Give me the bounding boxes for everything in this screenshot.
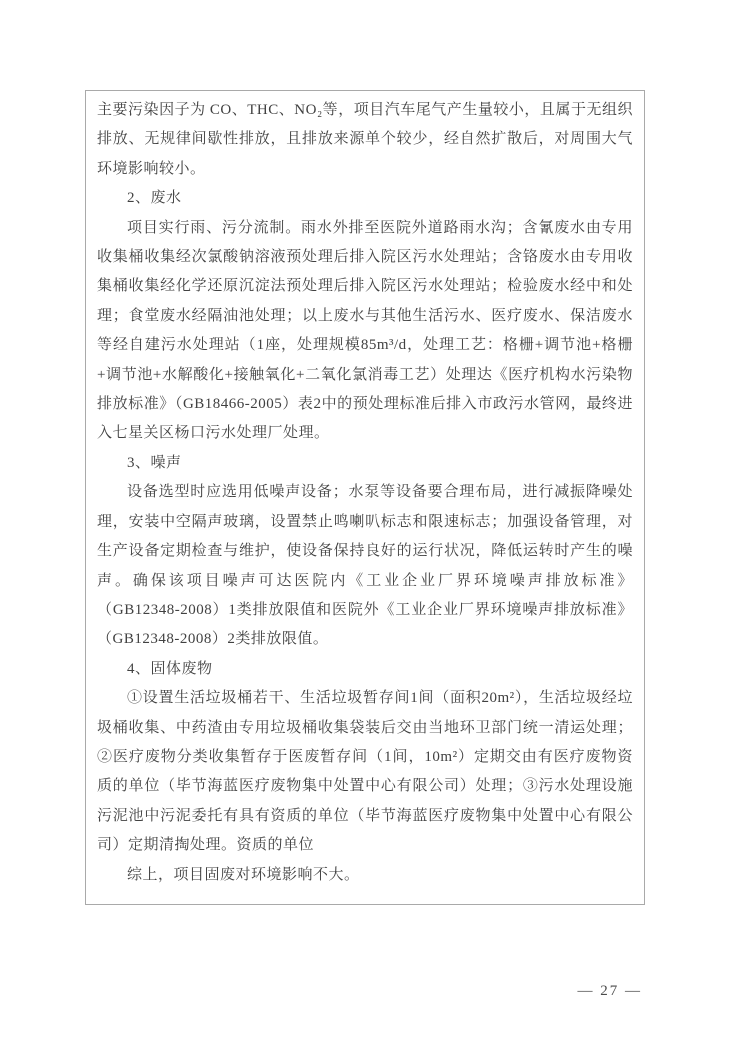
paragraph-noise: 设备选型时应选用低噪声设备；水泵等设备要合理布局，进行减振降噪处理，安装中空隔声… xyxy=(97,478,633,654)
paragraph-air-impact-continuation: 主要污染因子为 CO、THC、NO₂等，项目汽车尾气产生量较小，且属于无组织排放… xyxy=(97,96,633,184)
section-heading-wastewater: 2、废水 xyxy=(97,184,633,213)
content-table-cell: 主要污染因子为 CO、THC、NO₂等，项目汽车尾气产生量较小，且属于无组织排放… xyxy=(85,90,645,905)
section-heading-solid-waste: 4、固体废物 xyxy=(97,655,633,684)
paragraph-conclusion: 综上，项目固废对环境影响不大。 xyxy=(97,861,633,890)
document-page: 主要污染因子为 CO、THC、NO₂等，项目汽车尾气产生量较小，且属于无组织排放… xyxy=(0,0,740,1046)
page-number: — 27 — xyxy=(578,983,643,1000)
paragraph-solid-waste: ①设置生活垃圾桶若干、生活垃圾暂存间1间（面积20m²），生活垃圾经垃圾桶收集、… xyxy=(97,684,633,860)
paragraph-wastewater: 项目实行雨、污分流制。雨水外排至医院外道路雨水沟；含氰废水由专用收集桶收集经次氯… xyxy=(97,214,633,449)
section-heading-noise: 3、噪声 xyxy=(97,449,633,478)
